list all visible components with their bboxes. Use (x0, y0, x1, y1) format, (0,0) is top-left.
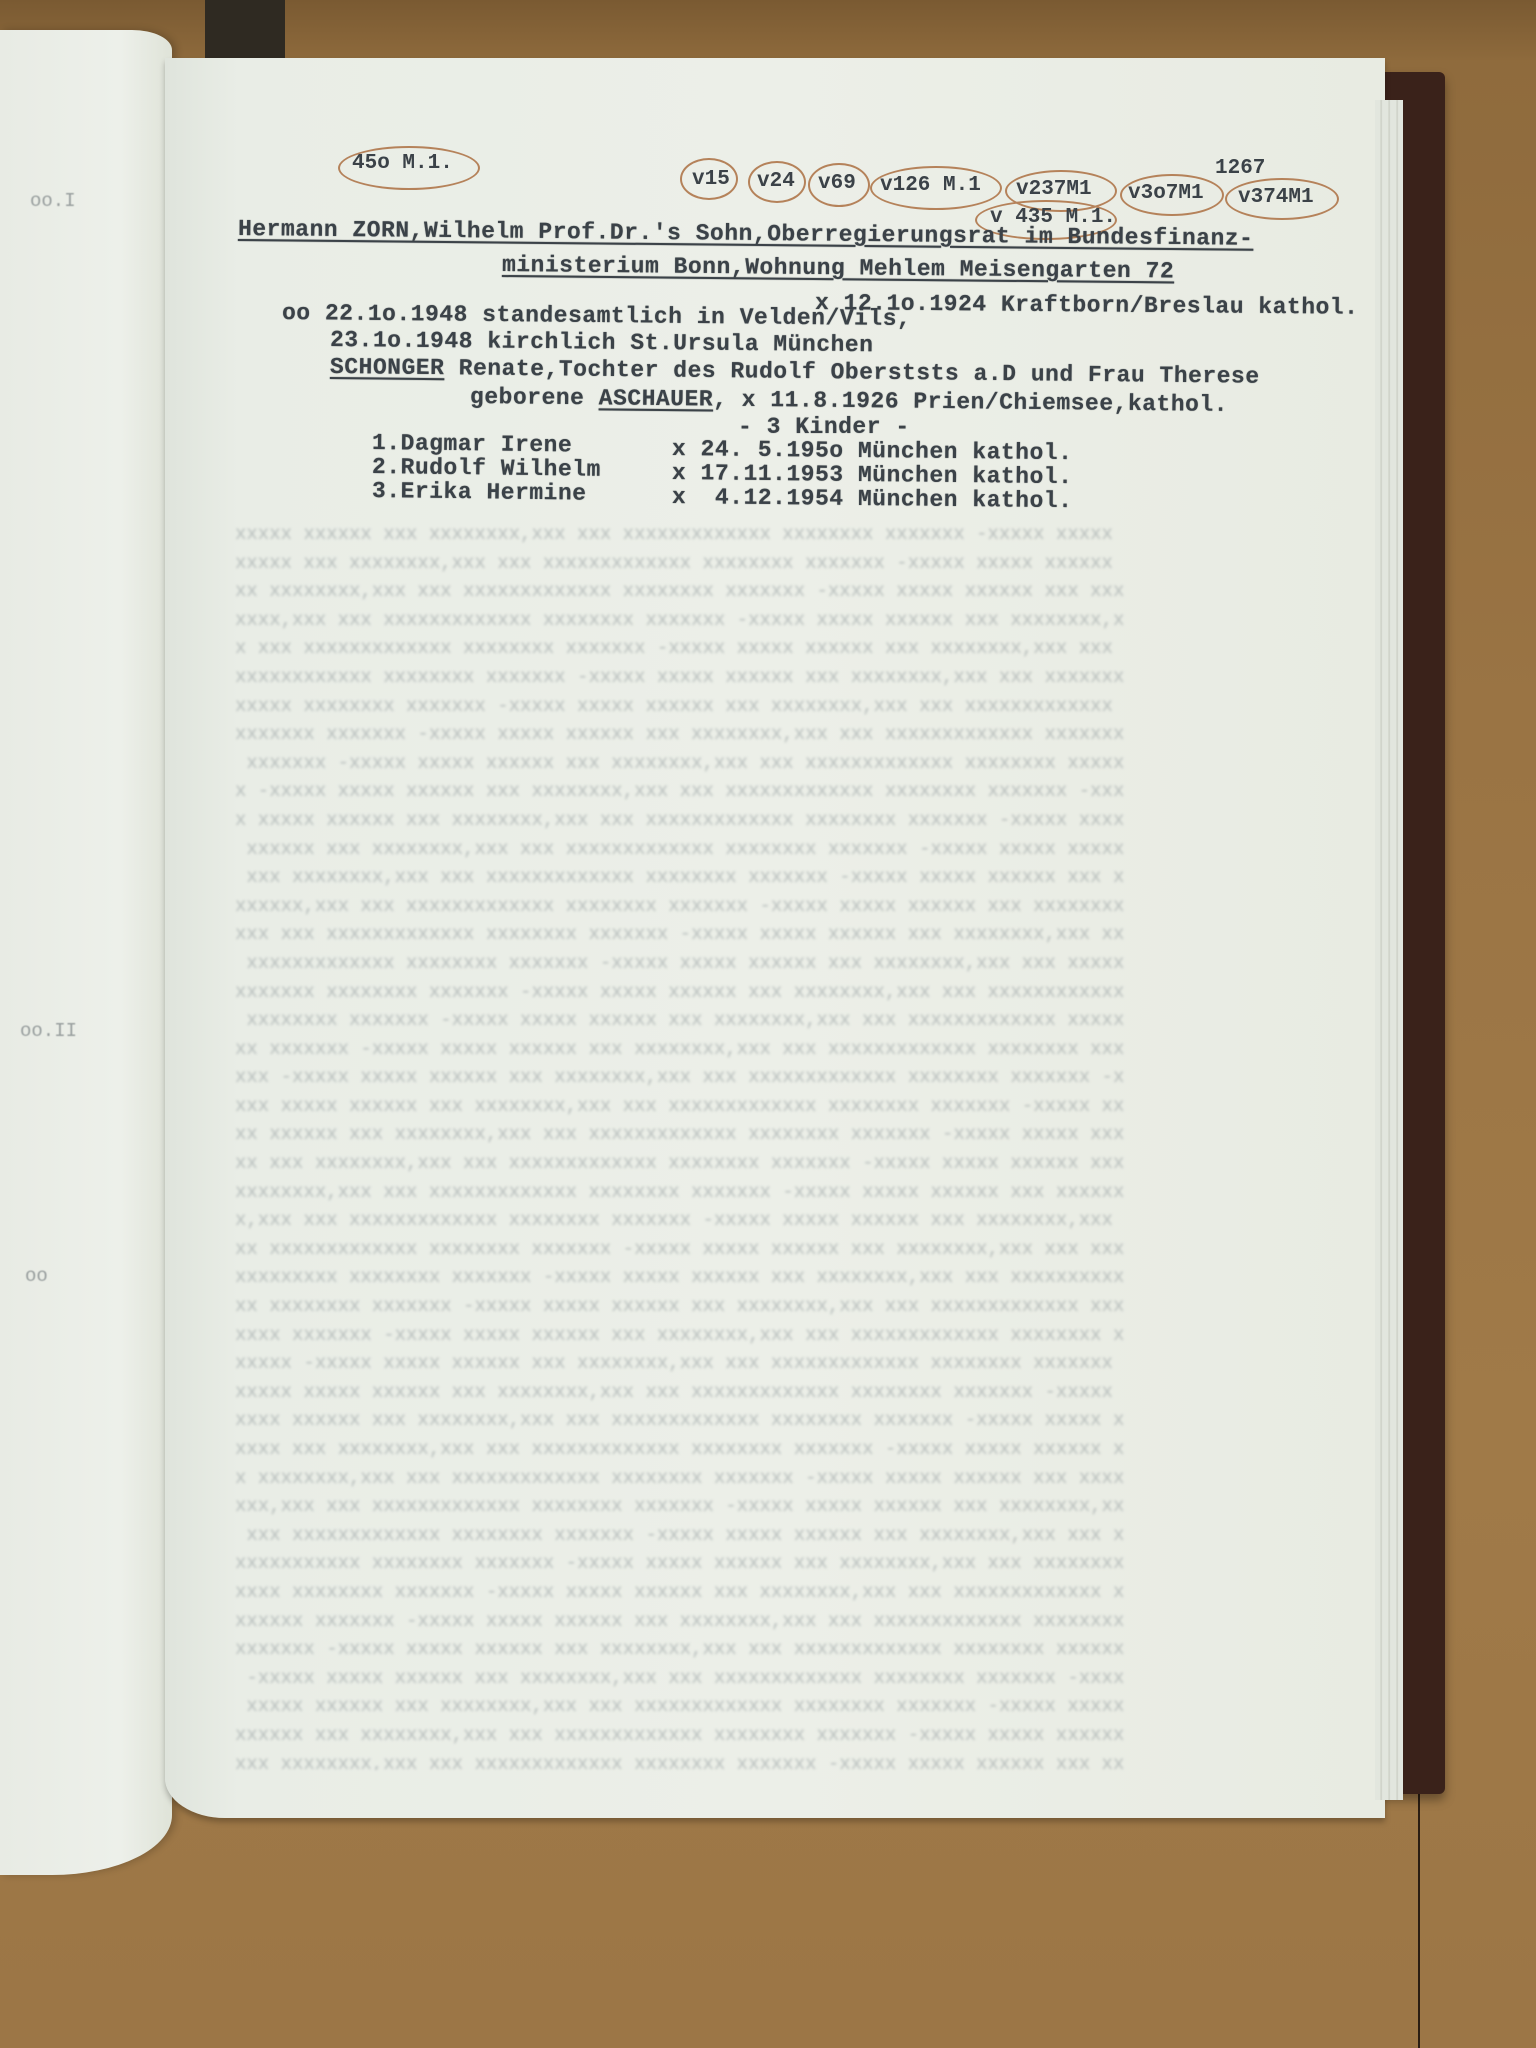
spouse-born-prefix: geborene (470, 384, 599, 411)
ref-tag: v69 (818, 172, 856, 195)
ref-tag: v24 (757, 170, 795, 193)
entry-marriage-church: 23.1o.1948 kirchlich St.Ursula München (330, 327, 874, 358)
left-note-marriage-1: oo.I (30, 190, 76, 212)
left-note-marriage-3: oo (25, 1265, 48, 1287)
ref-tag: v15 (692, 168, 730, 191)
bleed-through-text: xxxxx xxxxxx xxx xxxxxxxx,xxx xxx xxxxxx… (235, 520, 1355, 1770)
page-number: 1267 (1215, 157, 1265, 180)
left-page: oo.I oo.II oo (0, 30, 172, 1875)
ref-tag: v237M1 (1016, 178, 1092, 201)
child-birth: x 4.12.1954 München kathol. (672, 484, 1073, 514)
ref-tag: v374M1 (1238, 186, 1314, 209)
ref-tag: v3o7M1 (1128, 182, 1204, 205)
ref-tag-left: 45o M.1. (352, 152, 453, 175)
book-corner-shadow (205, 0, 285, 60)
left-note-marriage-2: oo.II (20, 1020, 77, 1042)
page-edges (1375, 100, 1403, 1800)
spouse-surname: SCHONGER (330, 354, 445, 381)
table-seam (1418, 1790, 1420, 2048)
child-name: 3.Erika Hermine (372, 478, 587, 507)
spouse-mother-surname: ASCHAUER (599, 385, 714, 412)
ref-tag: v126 M.1 (880, 174, 981, 197)
